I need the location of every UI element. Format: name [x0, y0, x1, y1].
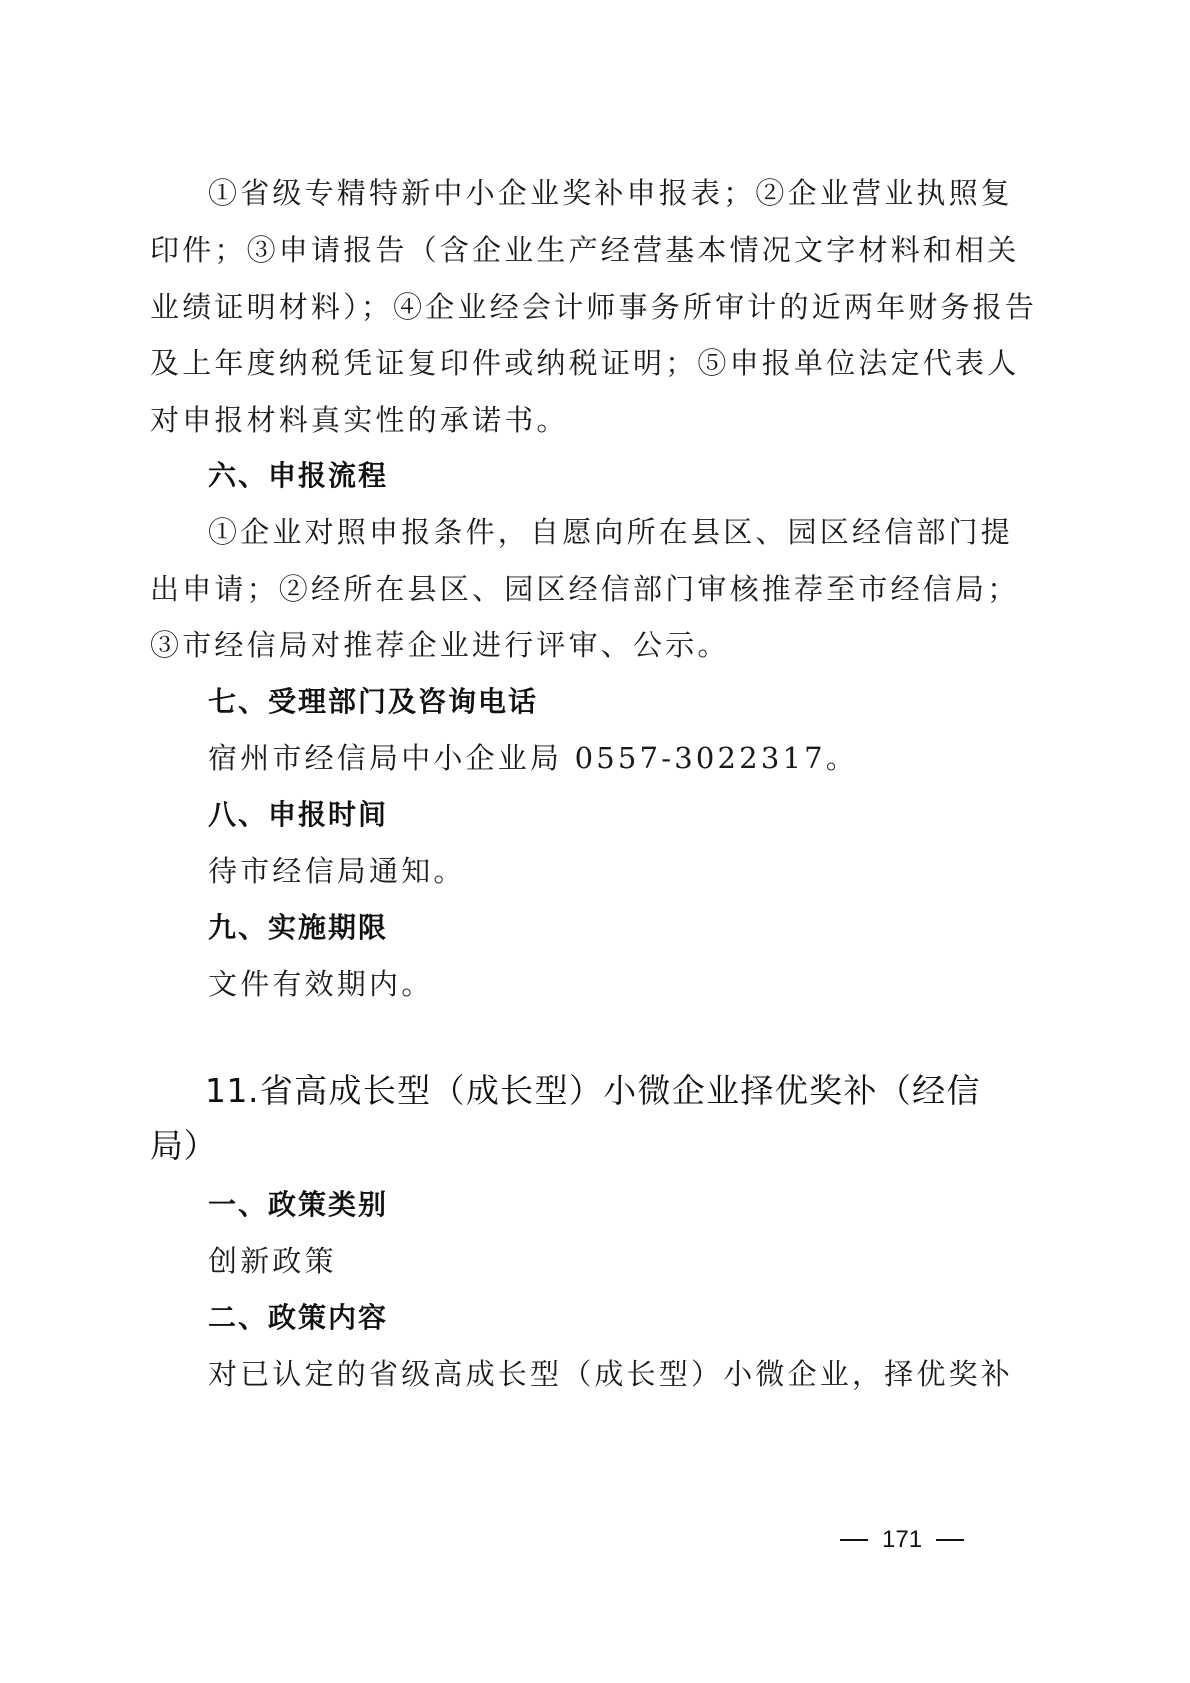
process-line-1: ①企业对照申报条件，自愿向所在县区、园区经信部门提	[208, 512, 980, 552]
content-text: 对已认定的省级高成长型（成长型）小微企业，择优奖补	[208, 1354, 980, 1394]
period-text: 文件有效期内。	[208, 964, 433, 1004]
category-text: 创新政策	[208, 1241, 337, 1281]
section-title-line-2: 局）	[150, 1126, 217, 1166]
contact-heading: 七、受理部门及咨询电话	[208, 682, 538, 722]
time-text: 待市经信局通知。	[208, 851, 466, 891]
materials-line-3: 业绩证明材料）；④企业经会计师事务所审计的近两年财务报告	[150, 287, 980, 327]
section-title-line-1: 11.省高成长型（成长型）小微企业择优奖补（经信	[205, 1071, 980, 1111]
period-heading: 九、实施期限	[208, 908, 388, 948]
process-line-3: ③市经信局对推荐企业进行评审、公示。	[150, 625, 730, 665]
dash-left	[840, 1539, 868, 1541]
materials-line-5: 对申报材料真实性的承诺书。	[150, 400, 569, 440]
content-heading: 二、政策内容	[208, 1298, 388, 1338]
materials-line-4: 及上年度纳税凭证复印件或纳税证明；⑤申报单位法定代表人	[150, 343, 980, 383]
process-heading: 六、申报流程	[208, 456, 388, 496]
dash-right	[936, 1539, 964, 1541]
page-number: 171	[840, 1526, 964, 1554]
contact-text: 宿州市经信局中小企业局 0557-3022317。	[208, 738, 858, 778]
category-heading: 一、政策类别	[208, 1185, 388, 1225]
process-line-2: 出申请；②经所在县区、园区经信部门审核推荐至市经信局；	[150, 569, 980, 609]
materials-line-2: 印件；③申请报告（含企业生产经营基本情况文字材料和相关	[150, 230, 980, 270]
time-heading: 八、申报时间	[208, 795, 388, 835]
materials-line-1: ①省级专精特新中小企业奖补申报表；②企业营业执照复	[208, 173, 980, 213]
document-page: ①省级专精特新中小企业奖补申报表；②企业营业执照复 印件；③申请报告（含企业生产…	[0, 0, 1190, 1683]
page-number-text: 171	[882, 1526, 922, 1554]
